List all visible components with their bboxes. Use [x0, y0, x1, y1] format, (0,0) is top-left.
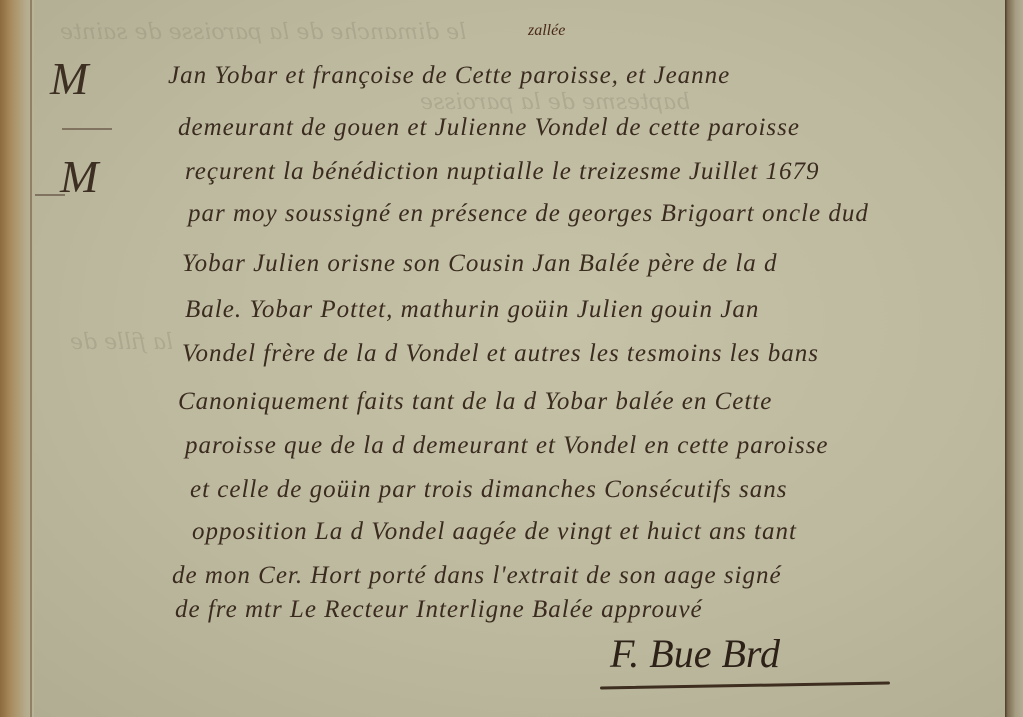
signature-underline	[600, 681, 890, 689]
text-line: de fre mtr Le Recteur Interligne Balée a…	[175, 596, 703, 624]
interlinear-note: zallée	[528, 22, 565, 40]
binding-edge	[30, 0, 32, 717]
text-line: par moy soussigné en présence de georges…	[188, 200, 869, 228]
text-line: paroisse que de la d demeurant et Vondel…	[185, 432, 829, 460]
bleed-through-text: le dimanche de la paroisse de sainte	[60, 20, 466, 45]
text-line: de mon Cer. Hort porté dans l'extrait de…	[172, 562, 782, 590]
margin-rule	[35, 194, 65, 196]
text-line: Bale. Yobar Pottet, mathurin goüin Julie…	[185, 296, 759, 324]
bleed-through-text: la fille de	[70, 330, 173, 355]
bleed-through-text: baptesme de la paroisse	[420, 90, 690, 115]
margin-rule	[62, 128, 112, 130]
register-page: le dimanche de la paroisse de sainte bap…	[0, 0, 1023, 717]
page-binding	[0, 0, 34, 717]
text-line: reçurent la bénédiction nuptialle le tre…	[185, 158, 820, 186]
page-right-edge	[1005, 0, 1023, 717]
text-line: Vondel frère de la d Vondel et autres le…	[182, 340, 819, 368]
text-line: et celle de goüin par trois dimanches Co…	[190, 476, 787, 504]
text-line: opposition La d Vondel aagée de vingt et…	[192, 518, 797, 546]
signature: F. Bue Brd	[610, 630, 780, 677]
margin-mark-m: M	[60, 150, 98, 203]
text-line: Yobar Julien orisne son Cousin Jan Balée…	[182, 250, 778, 278]
text-line: Canoniquement faits tant de la d Yobar b…	[178, 388, 772, 416]
margin-mark-m: M	[50, 52, 88, 105]
text-line: demeurant de gouen et Julienne Vondel de…	[178, 114, 800, 142]
text-line: Jan Yobar et françoise de Cette paroisse…	[168, 62, 730, 90]
